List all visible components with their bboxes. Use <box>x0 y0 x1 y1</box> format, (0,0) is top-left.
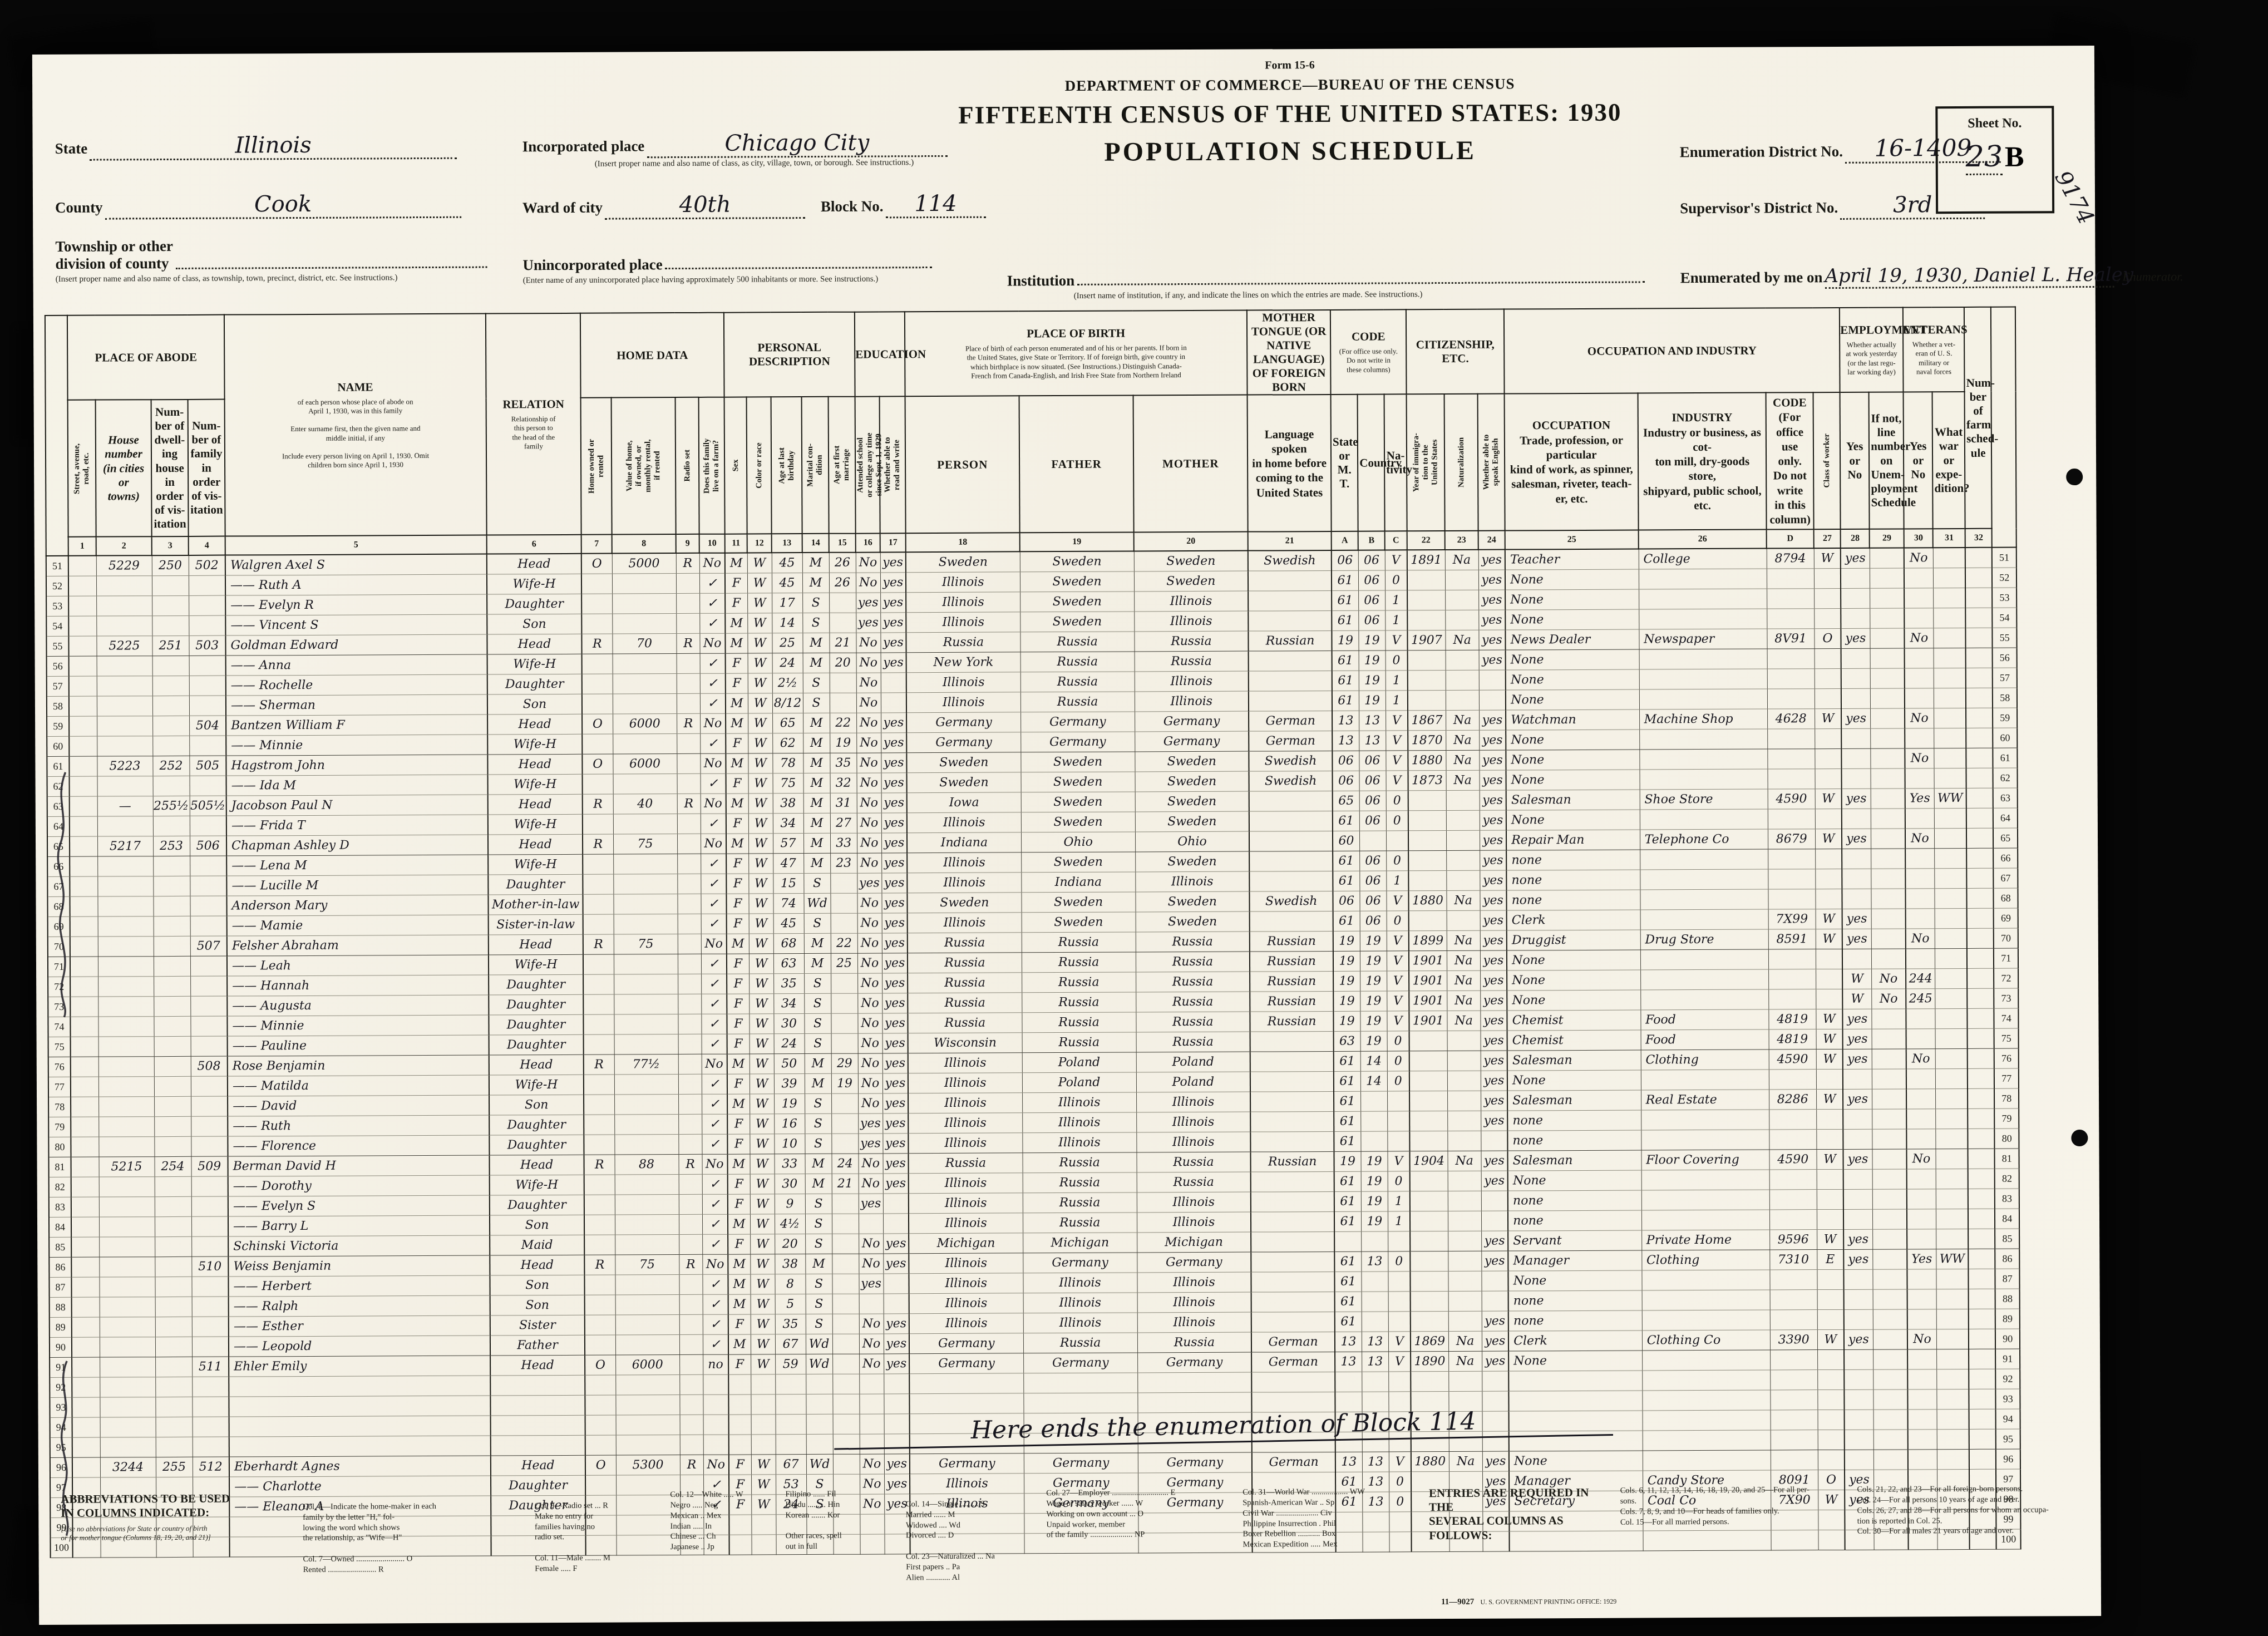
column-header: Country <box>1358 395 1385 531</box>
cell-family: 510 <box>191 1256 228 1277</box>
cell-mother_tongue: German <box>1251 1352 1335 1372</box>
cell-occupation: none <box>1508 1290 1642 1311</box>
cell-sex: F <box>729 1455 751 1475</box>
cell-house <box>99 1196 155 1216</box>
cell-naturalization <box>1448 1171 1481 1191</box>
line-number-right: 64 <box>1993 808 2018 828</box>
cell-school: yes <box>859 1194 883 1214</box>
cell-veteran <box>1905 728 1934 748</box>
cell-age_married: 22 <box>830 713 856 733</box>
line-number-right: 57 <box>1993 668 2017 688</box>
cell-year_immigration <box>1411 1311 1448 1331</box>
cell-codeC: 0 <box>1388 1171 1410 1191</box>
cell-speaks_english: yes <box>1480 950 1507 970</box>
cell-family <box>191 1116 228 1136</box>
cell-farm: ✓ <box>701 994 727 1014</box>
cell-class_of_worker: W <box>1817 1149 1843 1169</box>
cell-house <box>97 896 153 916</box>
cell-veteran: No <box>1905 748 1934 768</box>
cell-owned: R <box>583 794 613 814</box>
cell-farm_schedule <box>1966 868 1993 888</box>
cell-codeA <box>1335 1372 1362 1392</box>
cell-age: 59 <box>775 1354 806 1374</box>
cell-school: yes <box>858 1113 882 1134</box>
cell-owned <box>583 914 614 934</box>
cell-veteran <box>1905 808 1934 828</box>
cell-age: 30 <box>775 1174 805 1194</box>
cell-farm: ✓ <box>702 1194 728 1214</box>
cell-naturalization <box>1446 650 1479 670</box>
cell-age_married <box>832 1194 859 1214</box>
cell-name: —— Ruth <box>228 1115 489 1136</box>
cell-house <box>97 816 153 836</box>
cell-codeA: 19 <box>1333 951 1360 971</box>
cell-war <box>1935 948 1967 968</box>
cell-codeA: 19 <box>1334 1011 1360 1031</box>
cell-owned <box>585 1415 616 1435</box>
cell-relation: Sister <box>490 1315 585 1336</box>
cell-codeC <box>1388 1312 1411 1332</box>
cell-codeC: V <box>1385 550 1407 570</box>
cell-birthplace_person: Sweden <box>906 752 1020 773</box>
cell-war <box>1935 1028 1968 1048</box>
line-number-right: 77 <box>1994 1068 2019 1088</box>
cell-farm_schedule <box>1966 808 1993 828</box>
cell-marital: M <box>805 1174 832 1194</box>
population-schedule-table: PLACE OF ABODENAMEof each person whose p… <box>45 307 2022 1558</box>
line-number-right: 93 <box>1996 1389 2020 1409</box>
cell-unemployment_line <box>1871 789 1905 809</box>
cell-class_of_worker <box>1815 849 1842 869</box>
cell-war <box>1934 668 1966 688</box>
line-number-right: 59 <box>1993 708 2017 728</box>
cell-industry <box>1642 1350 1770 1371</box>
cell-age_married: 32 <box>830 773 857 793</box>
line-number-right: 87 <box>1995 1269 2020 1289</box>
cell-codeD: 4628 <box>1767 708 1815 728</box>
cell-war <box>1937 1409 1969 1429</box>
cell-birthplace_mother: Russia <box>1135 631 1249 652</box>
cell-age: 50 <box>774 1053 805 1073</box>
cell-codeC: V <box>1387 971 1409 991</box>
cell-farm: ✓ <box>702 1234 728 1254</box>
cell-read_write: yes <box>881 773 907 793</box>
cell-name: Berman David H <box>228 1155 490 1176</box>
cell-veteran: No <box>1905 708 1934 728</box>
cell-dwelling: 255½ <box>153 796 190 816</box>
column-number: 15 <box>829 534 856 553</box>
cell-war <box>1934 688 1966 708</box>
unincorporated-field: Unincorporated place (Enter name of any … <box>522 250 1001 286</box>
cell-naturalization: Na <box>1448 1351 1482 1371</box>
column-number: 26 <box>1639 530 1767 549</box>
cell-at_work <box>1844 1369 1873 1389</box>
line-number-right: 82 <box>1995 1169 2019 1189</box>
cell-unemployment_line <box>1872 1249 1907 1269</box>
cell-birthplace_person: Illinois <box>908 1073 1022 1093</box>
cell-codeC: V <box>1387 991 1409 1011</box>
cell-race: W <box>750 1134 774 1154</box>
cell-codeB <box>1360 1111 1387 1131</box>
cell-at_work <box>1844 1309 1873 1329</box>
column-header: Home owned or rented <box>581 398 612 535</box>
cell-codeA: 06 <box>1332 751 1359 771</box>
cell-industry <box>1642 1370 1770 1391</box>
cell-age_married <box>830 693 856 713</box>
cell-marital: M <box>803 733 830 753</box>
cell-farm_schedule <box>1966 728 1993 748</box>
cell-mother_tongue: German <box>1249 731 1332 751</box>
cell-marital <box>806 1394 832 1414</box>
cell-family <box>193 1437 229 1457</box>
cell-dwelling <box>153 896 190 916</box>
cell-at_work: yes <box>1843 1149 1872 1169</box>
cell-race: W <box>749 994 773 1014</box>
cell-read_write: yes <box>881 793 907 813</box>
cell-codeD <box>1770 1369 1817 1389</box>
cell-name: —— Herbert <box>228 1275 490 1297</box>
cell-at_work <box>1842 768 1871 789</box>
cell-war <box>1934 768 1966 788</box>
cell-school: No <box>859 1234 883 1254</box>
cell-owned: O <box>581 554 612 574</box>
cell-house <box>98 956 154 976</box>
cell-age_married: 20 <box>830 653 856 673</box>
cell-unemployment_line <box>1872 1169 1907 1189</box>
cell-marital: S <box>805 1214 832 1234</box>
cell-age_married <box>832 1274 859 1294</box>
cell-farm <box>703 1435 729 1455</box>
cell-industry <box>1642 1290 1770 1310</box>
cell-year_immigration: 1870 <box>1408 730 1446 750</box>
cell-codeC: V <box>1386 731 1408 751</box>
column-number: 12 <box>747 534 772 553</box>
cell-marital: M <box>803 653 830 673</box>
cell-farm: ✓ <box>701 914 727 934</box>
cell-value: 5300 <box>616 1455 680 1475</box>
cell-farm_schedule <box>1966 848 1993 868</box>
cell-industry <box>1643 1450 1771 1471</box>
cell-name: Hagstrom John <box>226 755 487 776</box>
cell-industry: Food <box>1641 1009 1769 1030</box>
cell-owned <box>585 1395 615 1415</box>
cell-codeD: 8794 <box>1767 548 1814 568</box>
cell-value <box>615 1234 679 1255</box>
cell-farm: ✓ <box>702 1174 728 1194</box>
cell-birthplace_person: Illinois <box>908 1053 1022 1073</box>
cell-codeA: 13 <box>1335 1452 1362 1472</box>
cell-class_of_worker: W <box>1816 929 1842 949</box>
line-number-left: 51 <box>46 556 68 576</box>
cell-veteran <box>1904 608 1933 628</box>
cell-house <box>98 1056 154 1076</box>
column-number: D <box>1767 529 1814 548</box>
cell-year_immigration: 1907 <box>1408 630 1446 650</box>
cell-year_immigration <box>1409 910 1447 930</box>
cell-codeD: 7310 <box>1769 1249 1817 1269</box>
cell-value <box>615 1214 679 1235</box>
cell-read_write: yes <box>882 1093 908 1113</box>
cell-radio <box>677 874 701 894</box>
cell-race <box>751 1374 775 1394</box>
cell-class_of_worker: E <box>1817 1249 1843 1269</box>
cell-speaks_english: yes <box>1480 770 1506 790</box>
cell-birthplace_person: Illinois <box>907 873 1021 893</box>
cell-year_immigration <box>1411 1271 1448 1291</box>
line-number-left: 86 <box>49 1257 71 1277</box>
cell-codeC <box>1388 1292 1411 1312</box>
cell-name: —— Dorothy <box>228 1175 490 1196</box>
cell-occupation: Salesman <box>1508 1150 1641 1171</box>
cell-year_immigration <box>1410 1251 1448 1271</box>
cell-marital: M <box>802 553 829 573</box>
cell-unemployment_line <box>1872 1049 1906 1069</box>
cell-mother_tongue: Russian <box>1249 630 1332 651</box>
cell-occupation: None <box>1506 689 1639 710</box>
cell-family <box>191 1076 228 1096</box>
cell-year_immigration <box>1408 870 1446 890</box>
cell-race: W <box>751 1455 776 1475</box>
cell-name: —— Evelyn R <box>225 594 487 615</box>
cell-birthplace_mother: Russia <box>1137 1332 1251 1353</box>
cell-codeA: 06 <box>1333 891 1360 911</box>
cell-radio <box>678 1054 702 1074</box>
cell-birthplace_father: Russia <box>1020 692 1135 712</box>
cell-race: W <box>750 1094 774 1114</box>
cell-race: W <box>750 1154 775 1174</box>
cell-naturalization: Na <box>1446 630 1479 650</box>
cell-industry <box>1640 849 1768 870</box>
cell-speaks_english: yes <box>1481 1151 1508 1171</box>
cell-value <box>614 1114 678 1135</box>
cell-veteran <box>1907 1169 1936 1189</box>
cell-naturalization: Na <box>1448 1151 1481 1171</box>
cell-naturalization <box>1445 590 1478 610</box>
cell-street <box>69 656 97 676</box>
cell-radio <box>680 1415 703 1435</box>
cell-family <box>190 1016 227 1036</box>
cell-name: Walgren Axel S <box>225 554 487 575</box>
cell-dwelling <box>153 776 190 796</box>
cell-birthplace_mother: Michigan <box>1137 1232 1251 1253</box>
cell-farm_schedule <box>1968 1028 1994 1048</box>
cell-naturalization <box>1447 1031 1481 1051</box>
cell-read_write: yes <box>881 813 907 833</box>
cell-speaks_english <box>1481 1131 1507 1151</box>
cell-name: —— Vincent S <box>225 614 487 635</box>
cell-occupation: Chemist <box>1507 1010 1641 1031</box>
cell-birthplace_father: Russia <box>1023 1192 1137 1213</box>
cell-speaks_english: yes <box>1482 1351 1508 1371</box>
cell-codeD <box>1767 588 1814 608</box>
line-number-left: 75 <box>48 1037 71 1057</box>
column-header: MOTHER TONGUE (OR NATIVE LANGUAGE) OF FO… <box>1247 310 1331 395</box>
cell-industry <box>1640 769 1768 790</box>
cell-codeC: 0 <box>1388 1251 1410 1272</box>
cell-school: No <box>860 1454 884 1474</box>
cell-owned <box>583 954 614 974</box>
cell-industry <box>1641 1170 1769 1190</box>
cell-codeC: V <box>1386 630 1408 651</box>
column-header: Does this family live on a farm? <box>699 397 725 534</box>
cell-speaks_english: yes <box>1480 910 1507 930</box>
cell-school: No <box>857 933 882 953</box>
cell-speaks_english: yes <box>1480 850 1506 870</box>
cell-sex <box>728 1394 751 1415</box>
cell-birthplace_person: Illinois <box>907 853 1021 873</box>
cell-war <box>1935 1008 1968 1028</box>
cell-at_work <box>1842 748 1871 768</box>
cell-sex: F <box>728 1234 750 1254</box>
cell-dwelling <box>154 1096 191 1116</box>
form-print-code: 11—9027 <box>1441 1598 1474 1607</box>
column-header: EDUCATION <box>855 312 905 396</box>
cell-birthplace_father: Russia <box>1023 1333 1137 1353</box>
cell-mother_tongue <box>1250 1131 1334 1152</box>
cell-age <box>775 1394 806 1414</box>
cell-at_work: yes <box>1842 829 1871 849</box>
cell-marital: M <box>805 1073 831 1093</box>
cell-at_work <box>1842 949 1871 969</box>
cell-street <box>71 1057 98 1077</box>
cell-house <box>98 1136 154 1156</box>
line-number-right: 90 <box>1995 1329 2020 1349</box>
cell-marital: M <box>803 753 830 773</box>
cell-radio: R <box>677 794 701 814</box>
cell-speaks_english: yes <box>1480 830 1506 850</box>
cell-farm_schedule <box>1969 1389 1996 1409</box>
cell-radio <box>677 854 701 874</box>
cell-war <box>1934 728 1966 748</box>
cell-birthplace_person: Illinois <box>906 572 1020 593</box>
cell-birthplace_father: Russia <box>1020 652 1135 672</box>
cell-house: 3244 <box>100 1457 156 1477</box>
cell-sex: M <box>726 794 748 814</box>
cell-marital: M <box>803 773 830 793</box>
cell-value: 75 <box>614 934 678 954</box>
unincorporated-note: (Enter name of any unincorporated place … <box>523 274 1002 286</box>
abbr-col12: Col. 12—White ..... W Negro ..... Neg Me… <box>670 1489 767 1584</box>
cell-veteran <box>1906 1108 1935 1129</box>
cell-unemployment_line <box>1870 648 1905 668</box>
cell-value <box>614 1034 678 1054</box>
cell-school: No <box>857 773 881 793</box>
county-field: County Cook <box>55 190 522 220</box>
cell-name: —— Evelyn S <box>228 1195 490 1216</box>
cell-occupation: none <box>1507 1130 1641 1151</box>
cell-school: yes <box>859 1274 884 1294</box>
cell-at_work: yes <box>1842 789 1871 809</box>
cell-dwelling: 255 <box>156 1457 193 1477</box>
cell-speaks_english: yes <box>1478 550 1505 570</box>
cell-house <box>99 1236 155 1256</box>
cell-farm_schedule <box>1969 1329 1995 1349</box>
cell-value: 77½ <box>614 1054 678 1075</box>
cell-marital: M <box>805 1154 832 1174</box>
line-number-right: 60 <box>1993 728 2017 748</box>
cell-speaks_english: yes <box>1481 1031 1507 1051</box>
cell-birthplace_mother: Poland <box>1136 1052 1250 1072</box>
column-number: 16 <box>856 534 880 553</box>
cell-farm_schedule <box>1969 1309 1995 1329</box>
cell-farm: No <box>700 753 726 773</box>
cell-naturalization: Na <box>1449 1451 1482 1471</box>
ward-label: Ward of city <box>522 199 603 216</box>
cell-street <box>69 696 97 716</box>
cell-war <box>1934 748 1966 768</box>
cell-street <box>71 1097 98 1117</box>
cell-farm: ✓ <box>701 954 727 974</box>
cell-name: Weiss Benjamin <box>228 1255 490 1277</box>
cell-name: —— Florence <box>228 1135 489 1156</box>
cell-age: 34 <box>773 813 803 833</box>
cell-birthplace_person: Germany <box>909 1353 1023 1374</box>
cell-age_married <box>832 1234 859 1254</box>
cell-birthplace_father: Russia <box>1020 672 1135 692</box>
column-header: INDUSTRY Industry or business, as cot- t… <box>1638 393 1767 530</box>
cell-mother_tongue <box>1251 1392 1335 1412</box>
cell-war <box>1936 1129 1968 1149</box>
cell-codeB: 06 <box>1358 590 1385 610</box>
cell-naturalization <box>1448 1251 1481 1271</box>
cell-birthplace_father: Sweden <box>1021 772 1135 792</box>
cell-sex: M <box>725 613 747 633</box>
cell-read_write <box>884 1293 909 1313</box>
cell-occupation: none <box>1507 1110 1641 1131</box>
cell-sex: M <box>727 1094 750 1114</box>
cell-mother_tongue <box>1249 871 1333 891</box>
cell-farm_schedule <box>1966 688 1993 708</box>
cell-relation: Wife-H <box>487 734 582 755</box>
cell-codeA: 61 <box>1333 811 1359 831</box>
column-header: Attended school or college any time sinc… <box>855 396 880 533</box>
cell-speaks_english <box>1481 1211 1508 1231</box>
cell-house <box>98 1036 154 1056</box>
cell-radio <box>677 894 701 914</box>
cell-race: W <box>750 1054 774 1074</box>
cell-occupation: Servant <box>1508 1230 1641 1251</box>
cell-naturalization: Na <box>1446 770 1480 790</box>
cell-farm_schedule <box>1968 1229 1995 1249</box>
cell-value <box>613 693 677 714</box>
cell-read_write: yes <box>881 633 906 653</box>
cell-age_married <box>833 1454 860 1474</box>
cell-house <box>100 1377 155 1397</box>
column-number: B <box>1358 531 1385 550</box>
cell-at_work <box>1843 1109 1872 1129</box>
cell-owned <box>585 1295 615 1315</box>
cell-year_immigration <box>1408 810 1446 830</box>
cell-owned <box>582 734 613 754</box>
cell-farm: ✓ <box>701 894 726 914</box>
cell-race: W <box>748 733 772 753</box>
cell-class_of_worker: W <box>1817 1329 1844 1349</box>
column-number: 30 <box>1904 529 1933 548</box>
cell-age_married <box>831 1033 858 1053</box>
cell-age: 38 <box>775 1254 805 1274</box>
line-number-right: 78 <box>1994 1088 2019 1108</box>
cell-name: Eberhardt Agnes <box>229 1456 491 1477</box>
sheet-label: Sheet No. <box>1937 116 2052 131</box>
cell-read_write <box>881 673 906 693</box>
line-number-left: 54 <box>46 616 68 636</box>
cell-house: — <box>97 796 153 816</box>
abbr-col23: Col. 23—Naturalized ... Na First papers … <box>906 1552 995 1582</box>
line-number-left: 89 <box>50 1317 72 1337</box>
cell-veteran <box>1906 948 1935 968</box>
cell-owned <box>585 1435 616 1455</box>
cell-age: 78 <box>772 753 803 773</box>
